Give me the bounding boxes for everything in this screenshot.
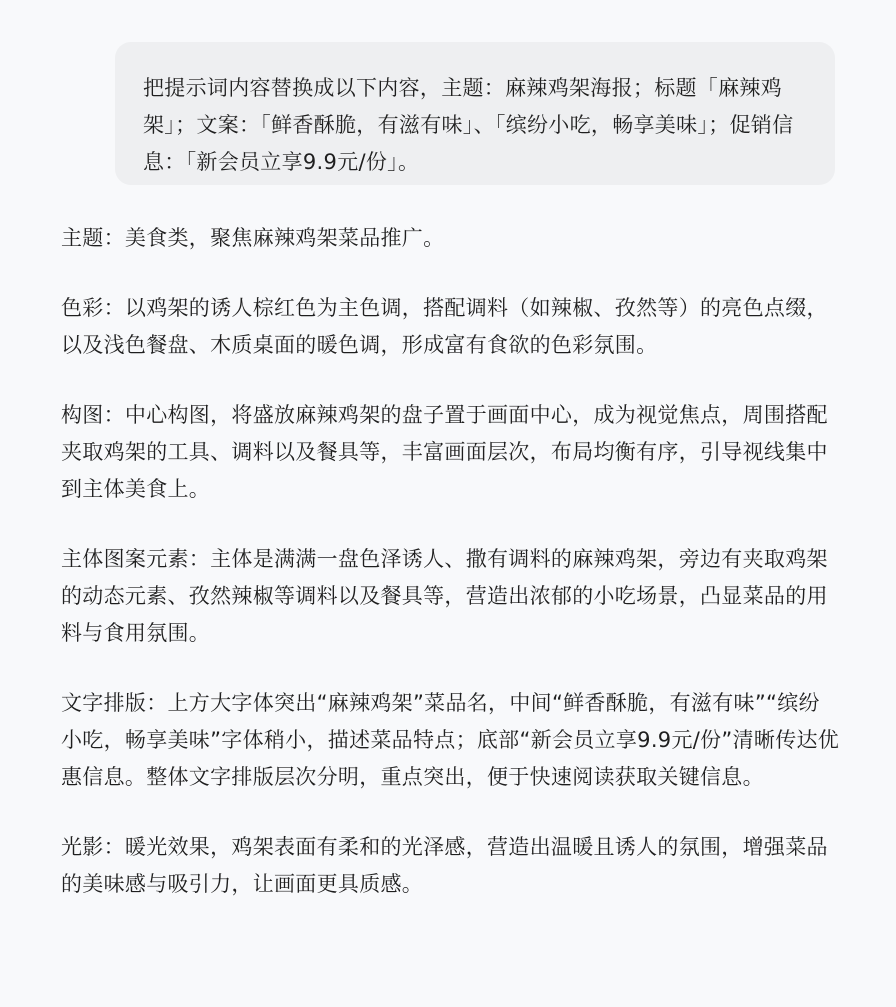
assistant-paragraph-color: 色彩：以鸡架的诱人棕红色为主色调，搭配调料（如辣椒、孜然等）的亮色点缀，以及浅色… bbox=[61, 290, 841, 364]
assistant-message: 主题：美食类，聚焦麻辣鸡架菜品推广。 色彩：以鸡架的诱人棕红色为主色调，搭配调料… bbox=[61, 220, 841, 936]
user-message-bubble: 把提示词内容替换成以下内容，主题：麻辣鸡架海报；标题「麻辣鸡架」；文案：「鲜香酥… bbox=[115, 42, 835, 185]
user-message-text: 把提示词内容替换成以下内容，主题：麻辣鸡架海报；标题「麻辣鸡架」；文案：「鲜香酥… bbox=[143, 76, 793, 174]
assistant-paragraph-main-elements: 主体图案元素：主体是满满一盘色泽诱人、撒有调料的麻辣鸡架，旁边有夹取鸡架的动态元… bbox=[61, 541, 841, 652]
assistant-paragraph-composition: 构图：中心构图，将盛放麻辣鸡架的盘子置于画面中心，成为视觉焦点，周围搭配夹取鸡架… bbox=[61, 397, 841, 508]
assistant-paragraph-theme: 主题：美食类，聚焦麻辣鸡架菜品推广。 bbox=[61, 220, 841, 257]
chat-conversation: 把提示词内容替换成以下内容，主题：麻辣鸡架海报；标题「麻辣鸡架」；文案：「鲜香酥… bbox=[0, 0, 896, 1007]
assistant-paragraph-lighting: 光影：暖光效果，鸡架表面有柔和的光泽感，营造出温暖且诱人的氛围，增强菜品的美味感… bbox=[61, 829, 841, 903]
assistant-paragraph-typography: 文字排版：上方大字体突出“麻辣鸡架”菜品名，中间“鲜香酥脆，有滋有味”“缤纷小吃… bbox=[61, 685, 841, 796]
